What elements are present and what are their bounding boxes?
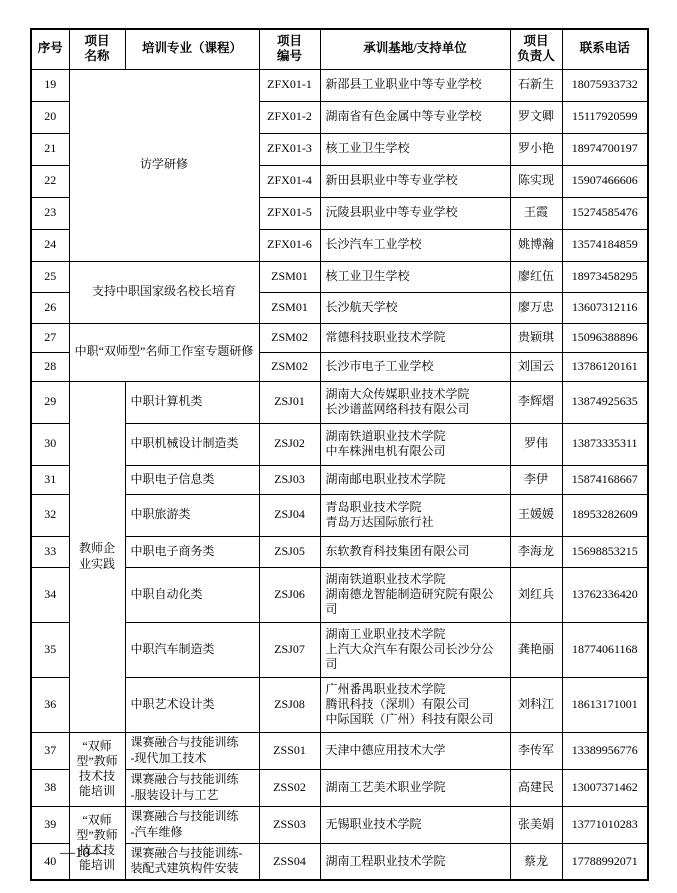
row-no: 38 — [31, 769, 69, 806]
project-leader: 李传军 — [510, 732, 562, 769]
project-code: ZSJ01 — [259, 381, 320, 423]
project-leader: 李辉熠 — [510, 381, 562, 423]
row-no: 26 — [31, 292, 69, 323]
project-code: ZSJ06 — [259, 567, 320, 622]
table-row: 19 访学研修 ZFX01-1 新邵县工业职业中等专业学校 石新生 180759… — [31, 69, 648, 101]
project-code: ZSS03 — [259, 806, 320, 843]
project-code: ZSJ07 — [259, 622, 320, 677]
training-base: 湖南工艺美术职业学院 — [320, 769, 510, 806]
project-name-merged: 访学研修 — [69, 69, 259, 261]
training-base: 长沙市电子工业学校 — [320, 352, 510, 381]
contact-phone: 13786120161 — [562, 352, 648, 381]
project-leader: 李伊 — [510, 465, 562, 494]
project-name-merged: “双师型”教师技术技能培训 — [69, 732, 125, 806]
row-no: 27 — [31, 323, 69, 352]
training-base: 新邵县工业职业中等专业学校 — [320, 69, 510, 101]
training-base: 湖南铁道职业技术学院 中车株洲电机有限公司 — [320, 423, 510, 465]
training-base: 新田县职业中等专业学校 — [320, 165, 510, 197]
training-base: 长沙航天学校 — [320, 292, 510, 323]
training-base: 核工业卫生学校 — [320, 261, 510, 292]
contact-phone: 18613171001 — [562, 677, 648, 732]
contact-phone: 15907466606 — [562, 165, 648, 197]
contact-phone: 17788992071 — [562, 843, 648, 880]
contact-phone: 13873335311 — [562, 423, 648, 465]
project-code: ZSS01 — [259, 732, 320, 769]
table-row: 39 “双师型”教师技术技能培训 课赛融合与技能训练 -汽车维修 ZSS03 无… — [31, 806, 648, 843]
project-leader: 陈实现 — [510, 165, 562, 197]
contact-phone: 18973458295 — [562, 261, 648, 292]
project-leader: 廖万忠 — [510, 292, 562, 323]
row-no: 31 — [31, 465, 69, 494]
row-no: 23 — [31, 197, 69, 229]
row-no: 35 — [31, 622, 69, 677]
contact-phone: 13874925635 — [562, 381, 648, 423]
project-code: ZSJ08 — [259, 677, 320, 732]
contact-phone: 18075933732 — [562, 69, 648, 101]
training-base: 湖南大众传媒职业技术学院 长沙谱蓝网络科技有限公司 — [320, 381, 510, 423]
project-code: ZFX01-4 — [259, 165, 320, 197]
training-course: 中职自动化类 — [125, 567, 259, 622]
training-base: 湖南工业职业技术学院 上汽大众汽车有限公司长沙分公司 — [320, 622, 510, 677]
project-code: ZSJ03 — [259, 465, 320, 494]
header-no: 序号 — [31, 29, 69, 69]
training-base: 青岛职业技术学院 青岛万达国际旅行社 — [320, 494, 510, 536]
project-leader: 罗伟 — [510, 423, 562, 465]
row-no: 29 — [31, 381, 69, 423]
training-base: 湖南省有色金属中等专业学校 — [320, 101, 510, 133]
project-code: ZSJ02 — [259, 423, 320, 465]
training-course: 中职电子商务类 — [125, 536, 259, 567]
table-header: 序号 项目 名称 培训专业（课程） 项目 编号 承训基地/支持单位 项目 负责人… — [31, 29, 648, 69]
row-no: 24 — [31, 229, 69, 261]
training-base: 常德科技职业技术学院 — [320, 323, 510, 352]
training-course: 课赛融合与技能训练 -现代加工技术 — [125, 732, 259, 769]
header-code: 项目 编号 — [259, 29, 320, 69]
project-code: ZSM02 — [259, 323, 320, 352]
project-name-merged: “双师型”教师技术技能培训 — [69, 806, 125, 880]
training-base: 东软教育科技集团有限公司 — [320, 536, 510, 567]
project-leader: 龚艳丽 — [510, 622, 562, 677]
training-program-table: 序号 项目 名称 培训专业（课程） 项目 编号 承训基地/支持单位 项目 负责人… — [30, 28, 649, 881]
project-code: ZSM01 — [259, 261, 320, 292]
row-no: 34 — [31, 567, 69, 622]
row-no: 37 — [31, 732, 69, 769]
project-code: ZSM02 — [259, 352, 320, 381]
project-leader: 李海龙 — [510, 536, 562, 567]
training-base: 长沙汽车工业学校 — [320, 229, 510, 261]
training-course: 课赛融合与技能训练 -服装设计与工艺 — [125, 769, 259, 806]
training-course: 中职旅游类 — [125, 494, 259, 536]
training-base: 天津中德应用技术大学 — [320, 732, 510, 769]
training-base: 核工业卫生学校 — [320, 133, 510, 165]
project-leader: 王霞 — [510, 197, 562, 229]
row-no: 22 — [31, 165, 69, 197]
row-no: 33 — [31, 536, 69, 567]
training-base: 湖南铁道职业技术学院 湖南德龙智能制造研究院有限公司 — [320, 567, 510, 622]
training-base: 湖南邮电职业技术学院 — [320, 465, 510, 494]
contact-phone: 13389956776 — [562, 732, 648, 769]
project-leader: 石新生 — [510, 69, 562, 101]
contact-phone: 13574184859 — [562, 229, 648, 261]
document-page: 序号 项目 名称 培训专业（课程） 项目 编号 承训基地/支持单位 项目 负责人… — [0, 0, 677, 893]
contact-phone: 13771010283 — [562, 806, 648, 843]
page-number: —10— — [60, 845, 105, 862]
row-no: 32 — [31, 494, 69, 536]
header-project-name: 项目 名称 — [69, 29, 125, 69]
project-leader: 张美娟 — [510, 806, 562, 843]
project-code: ZSS02 — [259, 769, 320, 806]
contact-phone: 18774061168 — [562, 622, 648, 677]
project-leader: 王媛媛 — [510, 494, 562, 536]
project-leader: 蔡龙 — [510, 843, 562, 880]
header-phone: 联系电话 — [562, 29, 648, 69]
row-no: 28 — [31, 352, 69, 381]
project-code: ZFX01-5 — [259, 197, 320, 229]
project-code: ZSS04 — [259, 843, 320, 880]
training-base: 广州番禺职业技术学院 腾讯科技（深圳）有限公司 中际国联（广州）科技有限公司 — [320, 677, 510, 732]
contact-phone: 18953282609 — [562, 494, 648, 536]
project-leader: 罗文卿 — [510, 101, 562, 133]
training-base: 无锡职业技术学院 — [320, 806, 510, 843]
contact-phone: 15096388896 — [562, 323, 648, 352]
project-leader: 罗小艳 — [510, 133, 562, 165]
project-leader: 刘科江 — [510, 677, 562, 732]
project-leader: 廖红伍 — [510, 261, 562, 292]
project-name-merged: 教师企业实践 — [69, 381, 125, 732]
project-leader: 刘红兵 — [510, 567, 562, 622]
project-code: ZFX01-6 — [259, 229, 320, 261]
project-code: ZFX01-1 — [259, 69, 320, 101]
contact-phone: 18974700197 — [562, 133, 648, 165]
project-code: ZSJ04 — [259, 494, 320, 536]
project-name-merged: 支持中职国家级名校长培育 — [69, 261, 259, 323]
header-leader: 项目 负责人 — [510, 29, 562, 69]
training-base: 湖南工程职业技术学院 — [320, 843, 510, 880]
contact-phone: 13762336420 — [562, 567, 648, 622]
row-no: 20 — [31, 101, 69, 133]
contact-phone: 15874168667 — [562, 465, 648, 494]
project-leader: 刘国云 — [510, 352, 562, 381]
contact-phone: 15117920599 — [562, 101, 648, 133]
row-no: 21 — [31, 133, 69, 165]
table-row: 37 “双师型”教师技术技能培训 课赛融合与技能训练 -现代加工技术 ZSS01… — [31, 732, 648, 769]
training-course: 中职电子信息类 — [125, 465, 259, 494]
row-no: 19 — [31, 69, 69, 101]
training-course: 中职计算机类 — [125, 381, 259, 423]
contact-phone: 13007371462 — [562, 769, 648, 806]
header-base: 承训基地/支持单位 — [320, 29, 510, 69]
table-row: 25 支持中职国家级名校长培育 ZSM01 核工业卫生学校 廖红伍 189734… — [31, 261, 648, 292]
table-row: 29 教师企业实践 中职计算机类 ZSJ01 湖南大众传媒职业技术学院 长沙谱蓝… — [31, 381, 648, 423]
row-no: 39 — [31, 806, 69, 843]
project-leader: 高建民 — [510, 769, 562, 806]
row-no: 36 — [31, 677, 69, 732]
training-base: 沅陵县职业中等专业学校 — [320, 197, 510, 229]
training-course: 课赛融合与技能训练- 装配式建筑构件安装 — [125, 843, 259, 880]
header-course: 培训专业（课程） — [125, 29, 259, 69]
training-course: 中职机械设计制造类 — [125, 423, 259, 465]
contact-phone: 15698853215 — [562, 536, 648, 567]
project-leader: 姚博瀚 — [510, 229, 562, 261]
table-row: 27 中职“双师型”名师工作室专题研修 ZSM02 常德科技职业技术学院 贵颖琪… — [31, 323, 648, 352]
training-course: 中职艺术设计类 — [125, 677, 259, 732]
project-code: ZSM01 — [259, 292, 320, 323]
project-code: ZSJ05 — [259, 536, 320, 567]
project-name-merged: 中职“双师型”名师工作室专题研修 — [69, 323, 259, 381]
row-no: 25 — [31, 261, 69, 292]
contact-phone: 13607312116 — [562, 292, 648, 323]
project-code: ZFX01-2 — [259, 101, 320, 133]
contact-phone: 15274585476 — [562, 197, 648, 229]
project-leader: 贵颖琪 — [510, 323, 562, 352]
training-course: 课赛融合与技能训练 -汽车维修 — [125, 806, 259, 843]
training-course: 中职汽车制造类 — [125, 622, 259, 677]
row-no: 30 — [31, 423, 69, 465]
project-code: ZFX01-3 — [259, 133, 320, 165]
